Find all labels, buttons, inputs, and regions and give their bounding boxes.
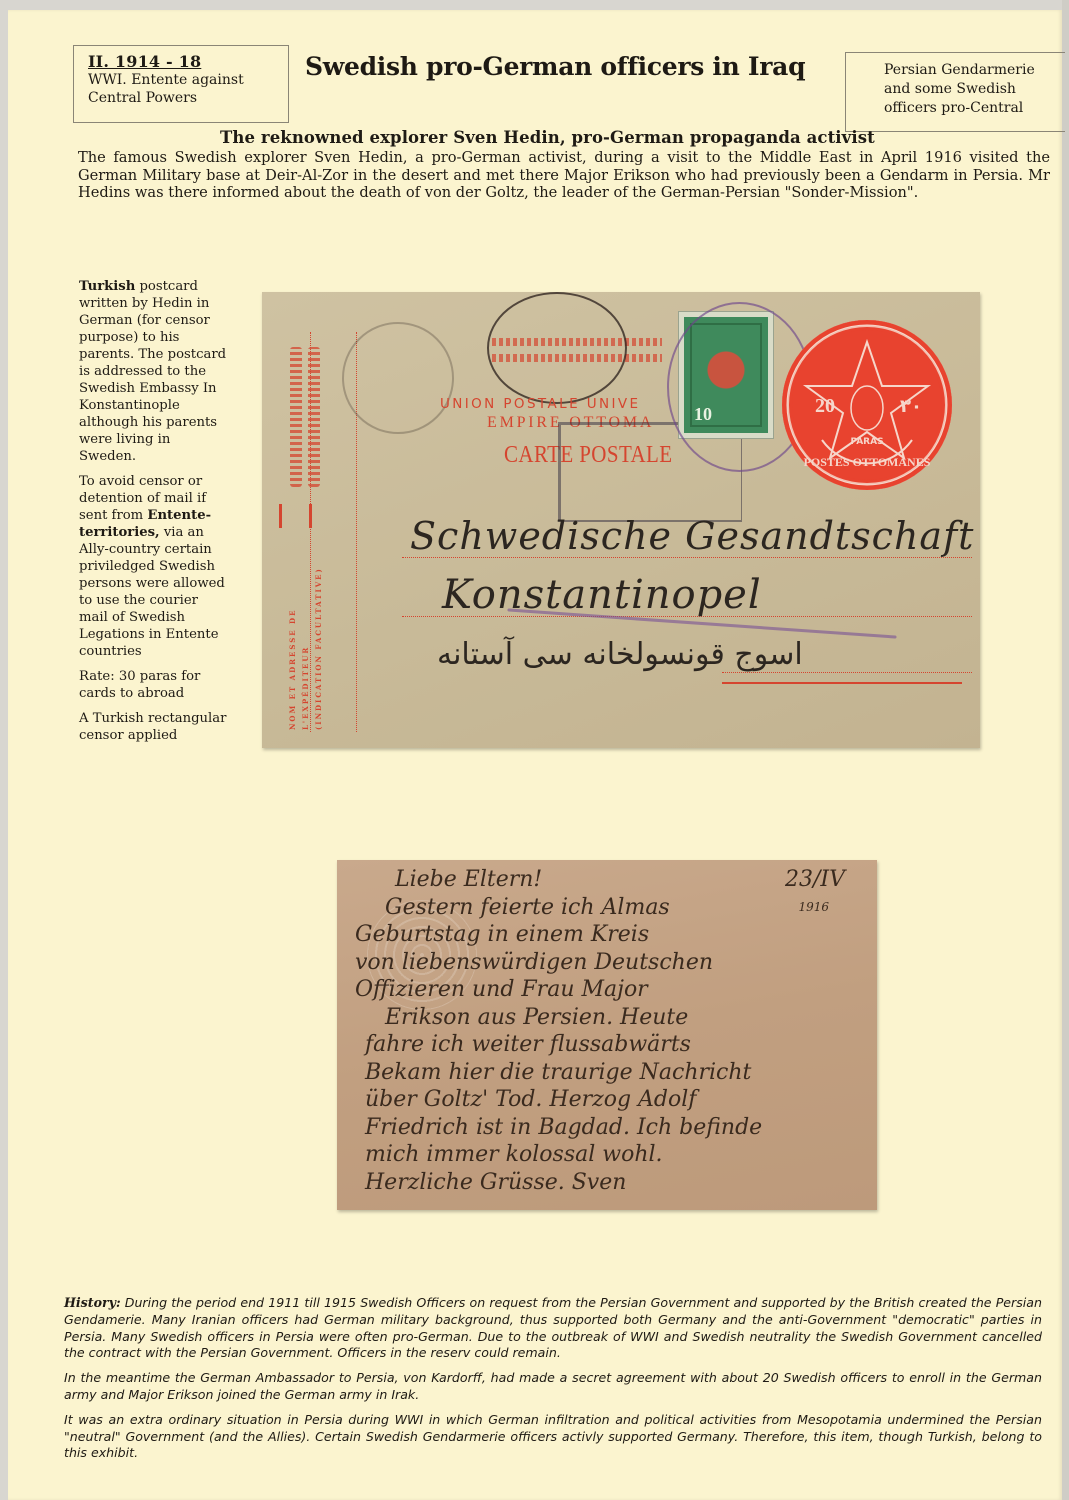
exhibit-page <box>8 10 1062 1500</box>
letter-line: Bekam hier die traurige Nachricht <box>355 1059 865 1087</box>
ottoman-sender-script <box>280 347 330 497</box>
stamp-red-value-right: ٣٠ <box>900 396 922 417</box>
letter-date: 23/IV <box>785 866 845 894</box>
history-section: History: During the period end 1911 till… <box>64 1295 1042 1470</box>
history-label: History: <box>64 1295 121 1310</box>
letter-line: Offizieren und Frau Major <box>355 976 865 1004</box>
note-courier-rest: via an Ally-country certain priviledged … <box>79 525 225 659</box>
note-bold-turkish: Turkish <box>79 279 135 294</box>
letter-line: Friedrich ist in Bagdad. Ich befinde <box>355 1114 865 1142</box>
history-paragraph-1: History: During the period end 1911 till… <box>64 1295 1042 1362</box>
postcard-front-image: NOM ET ADRESSE DE L'EXPÉDITEUR (INDICATI… <box>262 292 980 748</box>
era-box: II. 1914 - 18 WWI. Entente against Centr… <box>73 45 289 123</box>
note-courier: To avoid censor or detention of mail if … <box>79 473 229 660</box>
imprinted-stamp: 20 ٣٠ PARAS POSTES OTTOMANES <box>782 320 952 490</box>
faint-postmark <box>342 322 454 434</box>
era-subtitle-2: Central Powers <box>88 89 288 107</box>
theme-line-1: Persian Gendarmerie <box>884 61 1065 80</box>
theme-line-2: and some Swedish <box>884 80 1065 99</box>
theme-box: Persian Gendarmerie and some Swedish off… <box>845 52 1065 132</box>
address-handwriting-1: Schwedische Gesandtschaft <box>410 514 974 558</box>
note-censor: A Turkish rectangular censor applied <box>79 710 229 744</box>
letter-line: fahre ich weiter flussabwärts <box>355 1031 865 1059</box>
section-subheading: The reknowned explorer Sven Hedin, pro-G… <box>220 128 875 147</box>
letter-line: Herzliche Grüsse. Sven <box>355 1169 865 1197</box>
note-rate: Rate: 30 paras for cards to abroad <box>79 668 229 702</box>
sender-label-line-1: NOM ET ADRESSE DE <box>288 530 297 730</box>
era-label: II. 1914 - 18 <box>88 52 288 71</box>
address-handwriting-2: Konstantinopel <box>442 572 762 618</box>
dotted-divider <box>310 332 311 732</box>
letter-line: mich immer kolossal wohl. <box>355 1141 865 1169</box>
theme-line-3: officers pro-Central <box>884 99 1065 118</box>
dated-postmark <box>487 292 627 404</box>
history-text-1: During the period end 1911 till 1915 Swe… <box>64 1295 1042 1360</box>
sender-label-line-3: (INDICATION FACULTATIVE) <box>314 530 323 730</box>
history-paragraph-3: It was an extra ordinary situation in Pe… <box>64 1412 1042 1462</box>
page-title: Swedish pro-German officers in Iraq <box>305 52 805 81</box>
intro-paragraph: The famous Swedish explorer Sven Hedin, … <box>78 149 1050 202</box>
address-handwriting-ottoman: اسوج قونسولخانه سى آستانه <box>437 637 803 672</box>
page-edge <box>1062 0 1069 1500</box>
letter-line: von liebenswürdigen Deutschen <box>355 949 865 977</box>
letter-year: 1916 <box>798 894 829 922</box>
red-address-rule <box>722 682 962 684</box>
letter-line: Gestern feierte ich Almas <box>355 894 865 922</box>
history-paragraph-2: In the meantime the German Ambassador to… <box>64 1370 1042 1404</box>
sender-label: NOM ET ADRESSE DE L'EXPÉDITEUR (INDICATI… <box>274 530 336 730</box>
stamp-red-value-left: 20 <box>815 395 835 417</box>
address-line <box>722 672 972 673</box>
red-divider-mark <box>279 504 282 528</box>
side-notes: Turkish postcard written by Hedin in Ger… <box>79 278 229 752</box>
letter-line: Geburtstag in einem Kreis <box>355 921 865 949</box>
upu-text: UNION POSTALE UNIVE <box>440 396 640 412</box>
postcard-back-image: 23/IV 1916 Liebe Eltern!Gestern feierte … <box>337 860 877 1210</box>
stamp-red-paras: PARAS <box>850 437 883 447</box>
note-postcard-text: postcard written by Hedin in German (for… <box>79 279 226 464</box>
note-postcard: Turkish postcard written by Hedin in Ger… <box>79 278 229 465</box>
sender-label-line-2: L'EXPÉDITEUR <box>301 530 310 730</box>
era-subtitle-1: WWI. Entente against <box>88 71 288 89</box>
letter-line: über Goltz' Tod. Herzog Adolf <box>355 1086 865 1114</box>
stamp-red-legend: POSTES OTTOMANES <box>804 455 931 469</box>
handwritten-letter: 23/IV 1916 Liebe Eltern!Gestern feierte … <box>355 866 865 1196</box>
letter-line: Erikson aus Persien. Heute <box>355 1004 865 1032</box>
